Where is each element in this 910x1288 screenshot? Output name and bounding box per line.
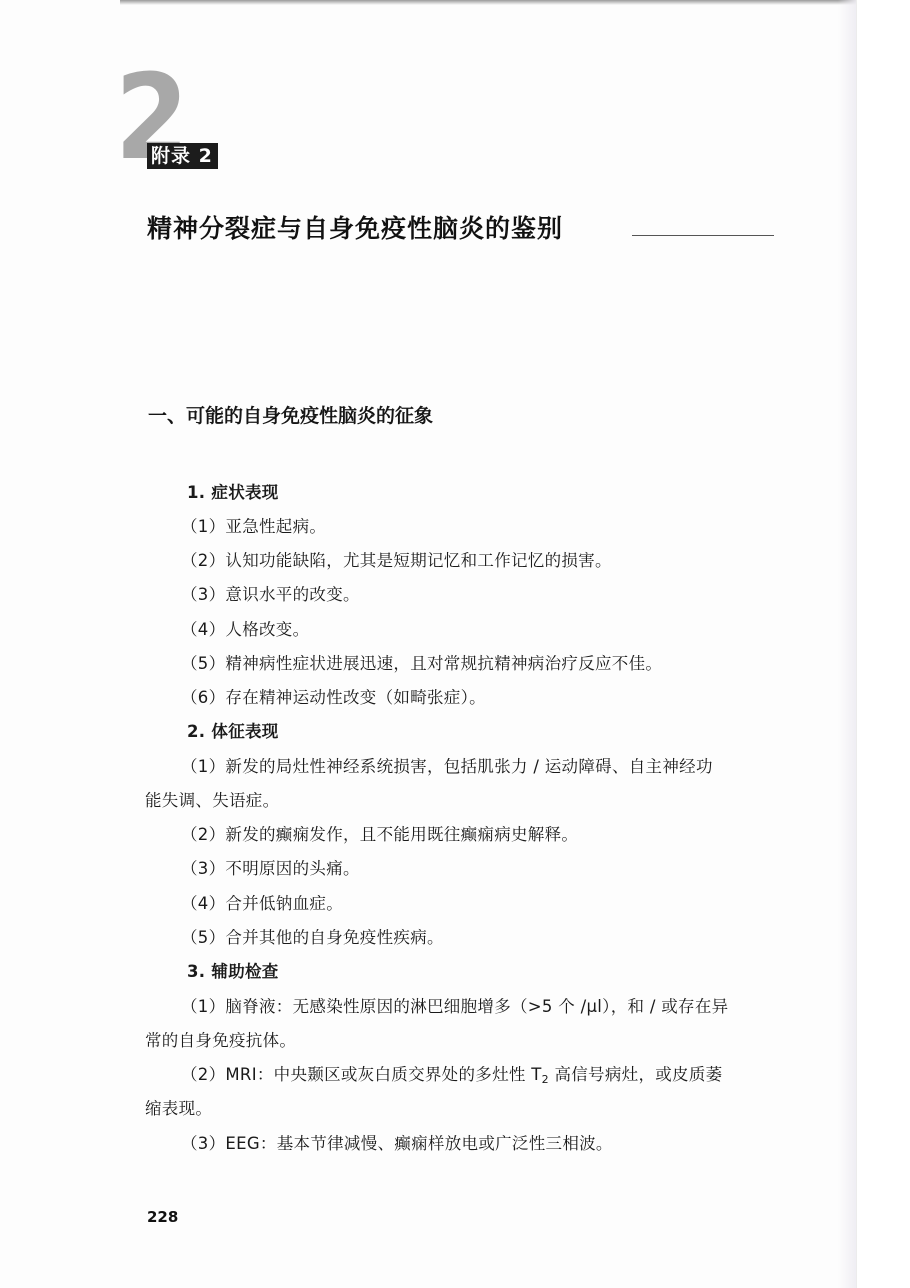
subsection-heading-exams: 3. 辅助检查 bbox=[187, 960, 279, 984]
subscript-2: 2 bbox=[542, 1073, 549, 1086]
subsection-heading-signs: 2. 体征表现 bbox=[187, 720, 279, 744]
list-item-line2: 常的自身免疫抗体。 bbox=[145, 1029, 296, 1053]
section-heading: 一、可能的自身免疫性脑炎的征象 bbox=[148, 402, 433, 430]
list-item: （3）意识水平的改变。 bbox=[181, 583, 360, 607]
title-rule-divider bbox=[632, 235, 774, 236]
list-item: （5）合并其他的自身免疫性疾病。 bbox=[181, 926, 444, 950]
list-item: （4）人格改变。 bbox=[181, 618, 309, 642]
page-number: 228 bbox=[147, 1207, 178, 1227]
page-top-edge-shadow bbox=[120, 0, 856, 5]
list-item: （2）新发的癫痫发作，且不能用既往癫痫病史解释。 bbox=[181, 823, 578, 847]
list-item: （3）EEG：基本节律减慢、癫痫样放电或广泛性三相波。 bbox=[181, 1132, 613, 1156]
list-item-line2: 能失调、失语症。 bbox=[145, 789, 279, 813]
list-item: （2）认知功能缺陷，尤其是短期记忆和工作记忆的损害。 bbox=[181, 549, 612, 573]
mri-text-post: 高信号病灶，或皮质萎 bbox=[549, 1065, 723, 1084]
subsection-heading-symptoms: 1. 症状表现 bbox=[187, 481, 279, 505]
page-edge-shade bbox=[838, 0, 856, 1288]
list-item: （5）精神病性症状进展迅速，且对常规抗精神病治疗反应不佳。 bbox=[181, 652, 662, 676]
list-item-line1: （1）脑脊液：无感染性原因的淋巴细胞增多（>5 个 /μl），和 / 或存在异 bbox=[181, 995, 728, 1019]
list-item-line2: 缩表现。 bbox=[145, 1097, 212, 1121]
list-item: （3）不明原因的头痛。 bbox=[181, 857, 360, 881]
mri-text-pre: （2）MRI：中央颞区或灰白质交界处的多灶性 T bbox=[181, 1065, 542, 1084]
book-page bbox=[0, 0, 856, 1288]
list-item: （4）合并低钠血症。 bbox=[181, 892, 343, 916]
chapter-title: 精神分裂症与自身免疫性脑炎的鉴别 bbox=[147, 212, 563, 246]
scan-right-margin bbox=[856, 0, 910, 1288]
list-item: （6）存在精神运动性改变（如畸张症）。 bbox=[181, 686, 486, 710]
list-item-line1: （2）MRI：中央颞区或灰白质交界处的多灶性 T2 高信号病灶，或皮质萎 bbox=[181, 1063, 722, 1092]
list-item: （1）亚急性起病。 bbox=[181, 515, 326, 539]
list-item-line1: （1）新发的局灶性神经系统损害，包括肌张力 / 运动障碍、自主神经功 bbox=[181, 755, 713, 779]
appendix-label: 附录 2 bbox=[147, 143, 218, 169]
